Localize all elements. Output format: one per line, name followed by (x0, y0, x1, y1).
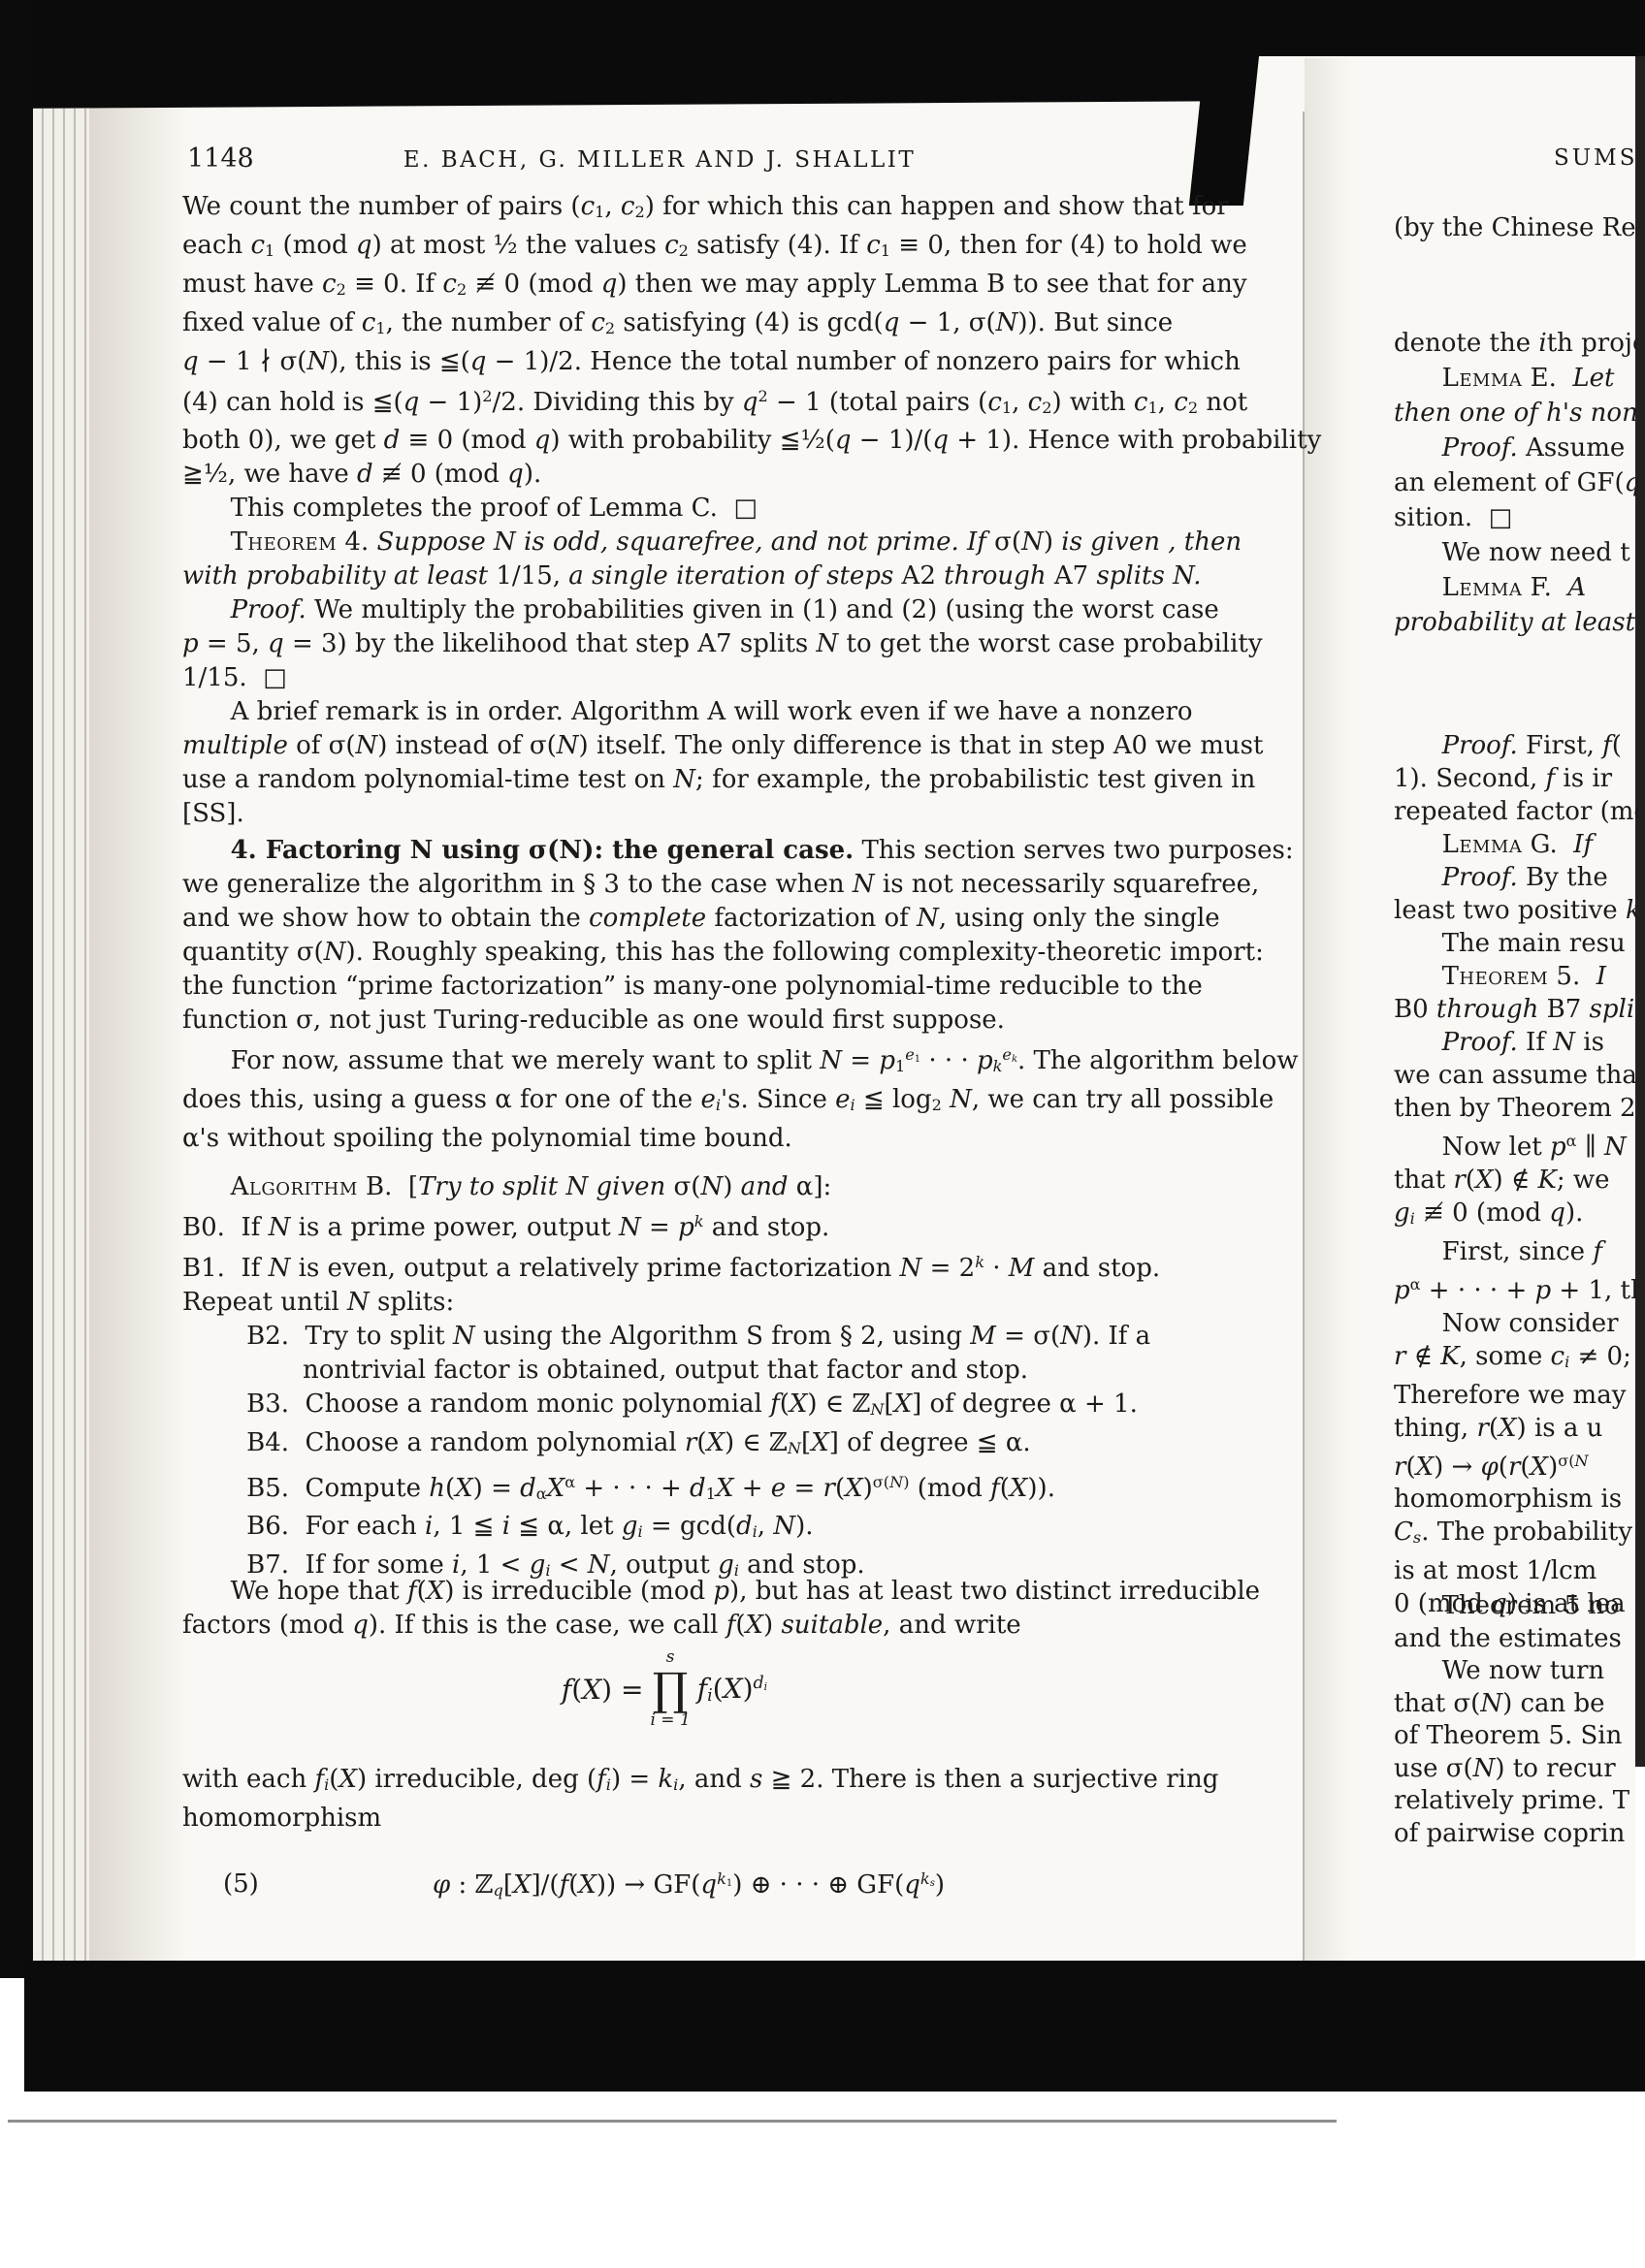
text-line: gi ≢ 0 (mod q). (1394, 1197, 1638, 1235)
text-line: least two positive k (1394, 894, 1638, 927)
subscript: s (1413, 1528, 1421, 1547)
italic-text: X (1010, 1473, 1028, 1502)
text-line: B4. Choose a random polynomial r(X) ∈ ℤN… (182, 1426, 1160, 1465)
subscript: 2 (932, 1096, 942, 1114)
text-line: then by Theorem 2 (1394, 1092, 1638, 1125)
italic-text: N (773, 1512, 795, 1541)
superscript: ks (920, 1869, 935, 1888)
italic-text: p (1535, 1276, 1552, 1305)
italic-text: k (658, 1765, 673, 1794)
equation-5-body: φ : ℤq[X]/(f(X)) → GF(qk1) ⊕ · · · ⊕ GF(… (417, 1869, 960, 1900)
smallcaps-text: Theorem (1442, 962, 1549, 991)
subscript: N (870, 1400, 884, 1419)
subscript: k (993, 1057, 1003, 1075)
text-line: q − 1 ∤ σ(N), this is ≦(q − 1)/2. Hence … (182, 345, 1321, 379)
text-line: The main resu (1394, 927, 1638, 960)
superscript: e1 (905, 1045, 920, 1064)
italic-text: h (429, 1473, 445, 1502)
italic-text: I (1597, 962, 1606, 991)
italic-text: X (1531, 1452, 1549, 1481)
subscript: i (851, 1096, 855, 1114)
italic-text: q (835, 426, 852, 455)
text-line: Now let pα ∥ N (1394, 1125, 1638, 1164)
italic-text: g (1394, 1198, 1410, 1228)
italic-text: X (578, 1870, 597, 1900)
text-line: 4. Factoring N using σ(N): the general c… (182, 834, 1299, 868)
text-line: B5. Compute h(X) = dαXα + · · · + d1X + … (182, 1465, 1160, 1511)
italic-text: d (754, 1674, 764, 1693)
italic-text: X (455, 1473, 473, 1502)
italic-text: c (1134, 387, 1148, 416)
smallcaps-text: Lemma (1442, 364, 1523, 393)
italic-text: X (845, 1473, 863, 1502)
text-line: ≧½, we have d ≢ 0 (mod q). (182, 458, 1321, 492)
italic-text: Proof. (231, 595, 306, 624)
text-line: Proof. If N is (1394, 1026, 1638, 1059)
italic-text: complete (589, 904, 706, 933)
text-line: nontrivial factor is obtained, output th… (182, 1354, 1160, 1388)
italic-text: k (920, 1869, 930, 1888)
italic-text: spli (1590, 995, 1635, 1024)
italic-text: f (315, 1765, 325, 1794)
text-line: r(X) → φ(r(X)σ(N (1394, 1445, 1638, 1484)
subscript: 2 (1188, 398, 1198, 416)
italic-text: is given , then (1061, 527, 1242, 557)
text-line: with each fi(X) irreducible, deg (fi) = … (182, 1763, 1218, 1802)
italic-text: k (993, 1057, 1003, 1075)
italic-text: X (513, 1870, 532, 1900)
right-page-block-4: Theorem 5 noand the estimates We now tur… (1394, 1590, 1638, 1850)
italic-text: p (1394, 1276, 1410, 1305)
text-line: and the estimates (1394, 1623, 1638, 1656)
italic-text: q (507, 460, 524, 489)
superscript: 2 (758, 387, 768, 405)
italic-text: c (1174, 387, 1188, 416)
italic-text: N (619, 1213, 641, 1242)
italic-text: q (1549, 1198, 1565, 1228)
italic-text: splits N. (1096, 561, 1201, 591)
italic-text: through (944, 561, 1046, 591)
italic-text: c (581, 192, 596, 221)
italic-text: N (817, 629, 839, 658)
italic-text: q (1625, 468, 1638, 497)
italic-text: φ (433, 1870, 450, 1900)
text-line: Proof. Assume (1394, 431, 1638, 465)
text-line: Therefore we may (1394, 1379, 1638, 1412)
subscript: s (930, 1878, 935, 1889)
suitable-paragraph: We hope that f(X) is irreducible (mod p)… (182, 1575, 1260, 1643)
italic-text: f (1602, 731, 1612, 760)
italic-text: q (884, 308, 900, 337)
text-line: B6. For each i, 1 ≦ i ≦ α, let gi = gcd(… (182, 1510, 1160, 1549)
italic-text: If (1573, 830, 1593, 859)
italic-text: i (425, 1512, 433, 1541)
text-line: probability at least (1394, 605, 1638, 640)
italic-text: N (1553, 1028, 1575, 1057)
italic-text: q (904, 1870, 920, 1900)
equation-5-label: (5) (223, 1869, 259, 1899)
italic-text: N (900, 1254, 922, 1283)
italic-text: N (306, 347, 329, 376)
italic-text: N (324, 938, 346, 967)
italic-text: X (724, 1673, 743, 1705)
italic-text: i (606, 1775, 611, 1794)
text-line: sition. □ (1394, 500, 1638, 535)
italic-text: i (716, 1096, 721, 1114)
italic-text: N (557, 731, 579, 760)
italic-text: q (601, 270, 618, 299)
paragraph-lemma-c-proof: We count the number of pairs (c1, c2) fo… (182, 190, 1321, 831)
text-line: Now consider (1394, 1307, 1638, 1340)
superscript: k1 (717, 1869, 732, 1888)
italic-text: N (1575, 1452, 1589, 1470)
italic-text: φ (1481, 1452, 1499, 1481)
italic-text: q (932, 426, 949, 455)
subscript: 1 (1147, 398, 1157, 416)
italic-text: c (987, 387, 1002, 416)
subscript: 1 (375, 319, 385, 337)
italic-text: N (673, 765, 695, 794)
italic-text: r (685, 1428, 696, 1457)
italic-text: suitable (781, 1611, 883, 1640)
italic-text: i (638, 1522, 643, 1541)
italic-text: q (700, 1870, 717, 1900)
italic-text: Proof. (1442, 433, 1518, 463)
subscript: i (753, 1522, 758, 1541)
italic-text: N (453, 1322, 475, 1351)
italic-text: q (534, 426, 551, 455)
subscript: k (1012, 1054, 1017, 1065)
text-line: multiple of σ(N) instead of σ(N) itself.… (182, 729, 1321, 763)
italic-text: s (1413, 1528, 1421, 1547)
text-line: First, since f (1394, 1235, 1638, 1268)
text-line: function σ, not just Turing-reducible as… (182, 1004, 1299, 1038)
italic-text: k (694, 1212, 704, 1230)
text-line: We now turn (1394, 1655, 1638, 1688)
italic-text: f (770, 1390, 780, 1419)
italic-text: N (269, 1254, 291, 1283)
formula-rhs: fi(X)di (697, 1673, 767, 1706)
text-line: relatively prime. T (1394, 1785, 1638, 1818)
subscript: 2 (679, 241, 689, 260)
italic-text: k (1012, 1054, 1017, 1065)
italic-text: X (811, 1428, 829, 1457)
italic-text: i (502, 1512, 510, 1541)
text-line: 1/15. □ (182, 661, 1321, 695)
text-line: Lemma E. Let (1394, 361, 1638, 396)
italic-text: a single iteration of steps (568, 561, 893, 591)
text-line: does this, using a guess α for one of th… (182, 1083, 1299, 1122)
text-line: the function “prime factorization” is ma… (182, 970, 1299, 1004)
superscript: di (754, 1674, 768, 1693)
italic-text: i (673, 1775, 678, 1794)
italic-text: N (347, 1288, 370, 1317)
smallcaps-text: Algorithm (231, 1172, 358, 1201)
text-line: Theorem 4. Suppose N is odd, squarefree,… (182, 526, 1321, 559)
italic-text: r (1394, 1452, 1405, 1481)
section-4-paragraph: 4. Factoring N using σ(N): the general c… (182, 834, 1299, 1156)
italic-text: q (403, 387, 420, 416)
italic-text: f (560, 1870, 569, 1900)
italic-text: Try to split N given (418, 1172, 665, 1201)
italic-text: q (352, 1611, 369, 1640)
italic-text: f (726, 1611, 736, 1640)
with-each-paragraph: with each fi(X) irreducible, deg (fi) = … (182, 1763, 1218, 1836)
text-line: that r(X) ∉ K; we (1394, 1164, 1638, 1197)
page-number: 1148 (187, 144, 254, 174)
italic-text: f (562, 1674, 571, 1706)
italic-text: i (851, 1096, 855, 1114)
bottom-scan-band (24, 1961, 1645, 2092)
superscript: α (564, 1473, 575, 1491)
text-line: Proof. We multiply the probabilities giv… (182, 593, 1321, 627)
italic-text: N (996, 308, 1018, 337)
italic-text: f (697, 1673, 707, 1705)
text-line: fixed value of c1, the number of c2 sati… (182, 306, 1321, 345)
italic-text: r (1476, 1414, 1488, 1443)
italic-text: q (494, 1881, 503, 1900)
text-line: Theorem 5. I (1394, 960, 1638, 993)
right-page-block-3: Proof. First, f(1). Second, f is irrepea… (1394, 729, 1638, 1620)
subscript: i (1564, 1353, 1569, 1371)
text-line: denote the ith proje (1394, 326, 1638, 361)
italic-text: and (741, 1172, 789, 1201)
text-line: homomorphism is (1394, 1483, 1638, 1516)
italic-text: q (356, 231, 372, 260)
italic-text: r (1394, 1342, 1405, 1371)
subscript: 2 (605, 319, 615, 337)
italic-text: M (1009, 1254, 1035, 1283)
subscript: 1 (915, 1054, 920, 1065)
text-line: B2. Try to split N using the Algorithm S… (182, 1320, 1160, 1354)
bold-text: 4. Factoring N using σ(N): the general c… (231, 836, 855, 865)
italic-text: d (357, 460, 373, 489)
italic-text: X (1416, 1452, 1435, 1481)
text-line: we can assume tha (1394, 1059, 1638, 1092)
subscript: i (638, 1522, 643, 1541)
subscript: i (673, 1775, 678, 1794)
italic-text: q (268, 629, 284, 658)
text-line: [SS]. (182, 797, 1321, 831)
subscript: 1 (881, 241, 890, 260)
subscript: 2 (1042, 398, 1051, 416)
subscript: i (707, 1686, 713, 1706)
italic-text: q (182, 347, 199, 376)
text-line: Repeat until N splits: (182, 1286, 1160, 1320)
italic-text: N (1473, 1754, 1496, 1783)
italic-text: f (597, 1765, 606, 1794)
italic-text: e (771, 1473, 786, 1502)
italic-text: p (879, 1046, 895, 1075)
text-line: 1). Second, f is ir (1394, 762, 1638, 795)
italic-text: N (269, 1213, 291, 1242)
text-line: r ∉ K, some ci ≠ 0; (1394, 1340, 1638, 1379)
italic-text: e (905, 1045, 915, 1064)
italic-text: q (742, 387, 758, 416)
italic-text: d (736, 1512, 753, 1541)
superscript: k (694, 1212, 704, 1230)
italic-text: with probability at least (182, 561, 488, 591)
superscript: 2 (482, 387, 492, 405)
text-line: Cs. The probability (1394, 1516, 1638, 1554)
italic-text: Let (1572, 364, 1614, 393)
text-line: factors (mod q). If this is the case, we… (182, 1609, 1260, 1643)
text-line: use σ(N) to recur (1394, 1753, 1638, 1786)
bottom-gray-rule (8, 2120, 1337, 2123)
italic-text: d (690, 1473, 706, 1502)
italic-text: A (1567, 573, 1586, 602)
right-page-block-1: (by the Chinese Re (1394, 211, 1638, 245)
subscript: 1 (895, 1057, 905, 1075)
italic-text: N (870, 1400, 884, 1419)
text-line: and we show how to obtain the complete f… (182, 902, 1299, 936)
italic-text: p (1550, 1133, 1566, 1162)
italic-text: X (1499, 1414, 1517, 1443)
italic-text: X (427, 1577, 445, 1606)
italic-text: g (622, 1512, 638, 1541)
italic-text: Proof. (1442, 1028, 1518, 1057)
scanned-page-photo: { "header": { "page_number": "1148", "ru… (0, 0, 1645, 2268)
superscript: α (1410, 1275, 1421, 1294)
italic-text: i (324, 1775, 329, 1794)
smallcaps-text: Lemma (1442, 573, 1523, 602)
subscript: 2 (634, 203, 644, 221)
text-line: then one of h's non (1394, 396, 1638, 431)
subscript: i (1410, 1209, 1415, 1228)
text-line: quantity σ(N). Roughly speaking, this ha… (182, 936, 1299, 970)
text-line: each c1 (mod q) at most ½ the values c2 … (182, 229, 1321, 268)
text-line: B1. If N is even, output a relatively pr… (182, 1245, 1160, 1286)
italic-text: f (1593, 1237, 1602, 1266)
italic-text: q (470, 347, 487, 376)
italic-text: X (707, 1428, 726, 1457)
text-line: Algorithm B. [Try to split N given σ(N) … (182, 1170, 1160, 1204)
subscript: 1 (1002, 398, 1012, 416)
italic-text: X (746, 1611, 764, 1640)
formula-lhs: f(X) = (562, 1674, 644, 1706)
italic-text: C (1394, 1517, 1413, 1547)
text-line: Lemma G. If (1394, 828, 1638, 861)
italic-text: i (1564, 1353, 1569, 1371)
italic-text: c (1551, 1342, 1565, 1371)
text-line: (4) can hold is ≦(q − 1)2/2. Dividing th… (182, 379, 1321, 425)
italic-text: c (664, 231, 679, 260)
superscript: k (975, 1253, 984, 1271)
smallcaps-text: Lemma (1442, 830, 1523, 859)
italic-text: k (975, 1253, 984, 1271)
italic-text: N (700, 1172, 723, 1201)
italic-text: i (1538, 329, 1546, 358)
italic-text: k (717, 1869, 726, 1888)
italic-text: N (853, 870, 875, 899)
italic-text: N (950, 1085, 972, 1114)
text-line: Proof. By the (1394, 861, 1638, 894)
subscript: 2 (337, 280, 346, 299)
text-line: We now need t (1394, 535, 1638, 570)
italic-text: N (1060, 1322, 1082, 1351)
italic-text: then one of h's non (1394, 399, 1638, 428)
text-line: Theorem 5 no (1394, 1590, 1638, 1623)
italic-text: d (520, 1473, 536, 1502)
text-line: use a random polynomial-time test on N; … (182, 763, 1321, 797)
text-line: we generalize the algorithm in § 3 to th… (182, 868, 1299, 902)
italic-text: K (1537, 1166, 1556, 1195)
product-formula: f(X) = s ∏ i = 1 fi(X)di (519, 1648, 810, 1730)
text-line: (by the Chinese Re (1394, 211, 1638, 245)
text-line: B3. Choose a random monic polynomial f(X… (182, 1388, 1160, 1426)
superscript: σ(N (1558, 1452, 1588, 1470)
italic-text: p (977, 1046, 993, 1075)
italic-text: N (820, 1046, 842, 1075)
text-line: repeated factor (mo (1394, 795, 1638, 828)
text-line: Lemma F. A (1394, 570, 1638, 605)
italic-text: f (990, 1473, 1000, 1502)
subscript: i (606, 1775, 611, 1794)
text-line: must have c2 ≡ 0. If c2 ≢ 0 (mod q) then… (182, 268, 1321, 306)
italic-text: c (442, 270, 457, 299)
stacked-page-edges (33, 109, 89, 1961)
subscript: N (788, 1439, 801, 1457)
italic-text: c (362, 308, 376, 337)
italic-text: p (678, 1213, 694, 1242)
text-line: of pairwise coprin (1394, 1818, 1638, 1851)
right-page-block-2: denote the ith proje Lemma E. Letthen on… (1394, 326, 1638, 640)
text-line: B0. If N is a prime power, output N = pk… (182, 1204, 1160, 1245)
top-scan-band (0, 0, 1645, 56)
text-line: of Theorem 5. Sin (1394, 1720, 1638, 1753)
italic-text: probability at least (1394, 608, 1635, 637)
subscript: 1 (265, 241, 274, 260)
italic-text: s (750, 1765, 762, 1794)
text-line: homomorphism (182, 1802, 1218, 1836)
italic-text: N (889, 1473, 903, 1491)
italic-text: Proof. (1442, 731, 1518, 760)
text-line: B0 through B7 spli (1394, 993, 1638, 1026)
italic-text: i (753, 1522, 758, 1541)
text-line: thing, r(X) is a u (1394, 1412, 1638, 1445)
product-lower-limit: i = 1 (650, 1711, 690, 1730)
text-line: α's without spoiling the polynomial time… (182, 1122, 1299, 1156)
italic-text: Suppose N is odd, squarefree, and not pr… (377, 527, 986, 557)
text-line: p = 5, q = 3) by the likelihood that ste… (182, 627, 1321, 661)
italic-text: f (1546, 764, 1556, 793)
italic-text: N (356, 731, 378, 760)
italic-text: N (788, 1439, 801, 1457)
text-line: This completes the proof of Lemma C. □ (182, 492, 1321, 526)
italic-text: c (250, 231, 265, 260)
text-line: that σ(N) can be (1394, 1688, 1638, 1721)
running-head-right-page: SUMS (1554, 145, 1637, 171)
subscript: i (716, 1096, 721, 1114)
smallcaps-text: Theorem (231, 527, 338, 557)
italic-text: N (917, 904, 939, 933)
italic-text: X (790, 1390, 808, 1419)
italic-text: K (1440, 1342, 1459, 1371)
left-scan-edge-strip (0, 0, 33, 1978)
text-line: pα + · · · + p + 1, the (1394, 1268, 1638, 1307)
superscript: σ(N) (873, 1473, 910, 1491)
italic-text: X (339, 1765, 357, 1794)
italic-text: X (547, 1473, 565, 1502)
running-head-authors: E. BACH, G. MILLER AND J. SHALLIT (388, 147, 931, 173)
italic-text: c (1028, 387, 1043, 416)
italic-text: r (1508, 1452, 1520, 1481)
italic-text: N (1604, 1133, 1627, 1162)
italic-text: k (1626, 896, 1638, 925)
italic-text: p (713, 1577, 729, 1606)
subscript: q (494, 1881, 503, 1900)
subscript: 1 (595, 203, 604, 221)
